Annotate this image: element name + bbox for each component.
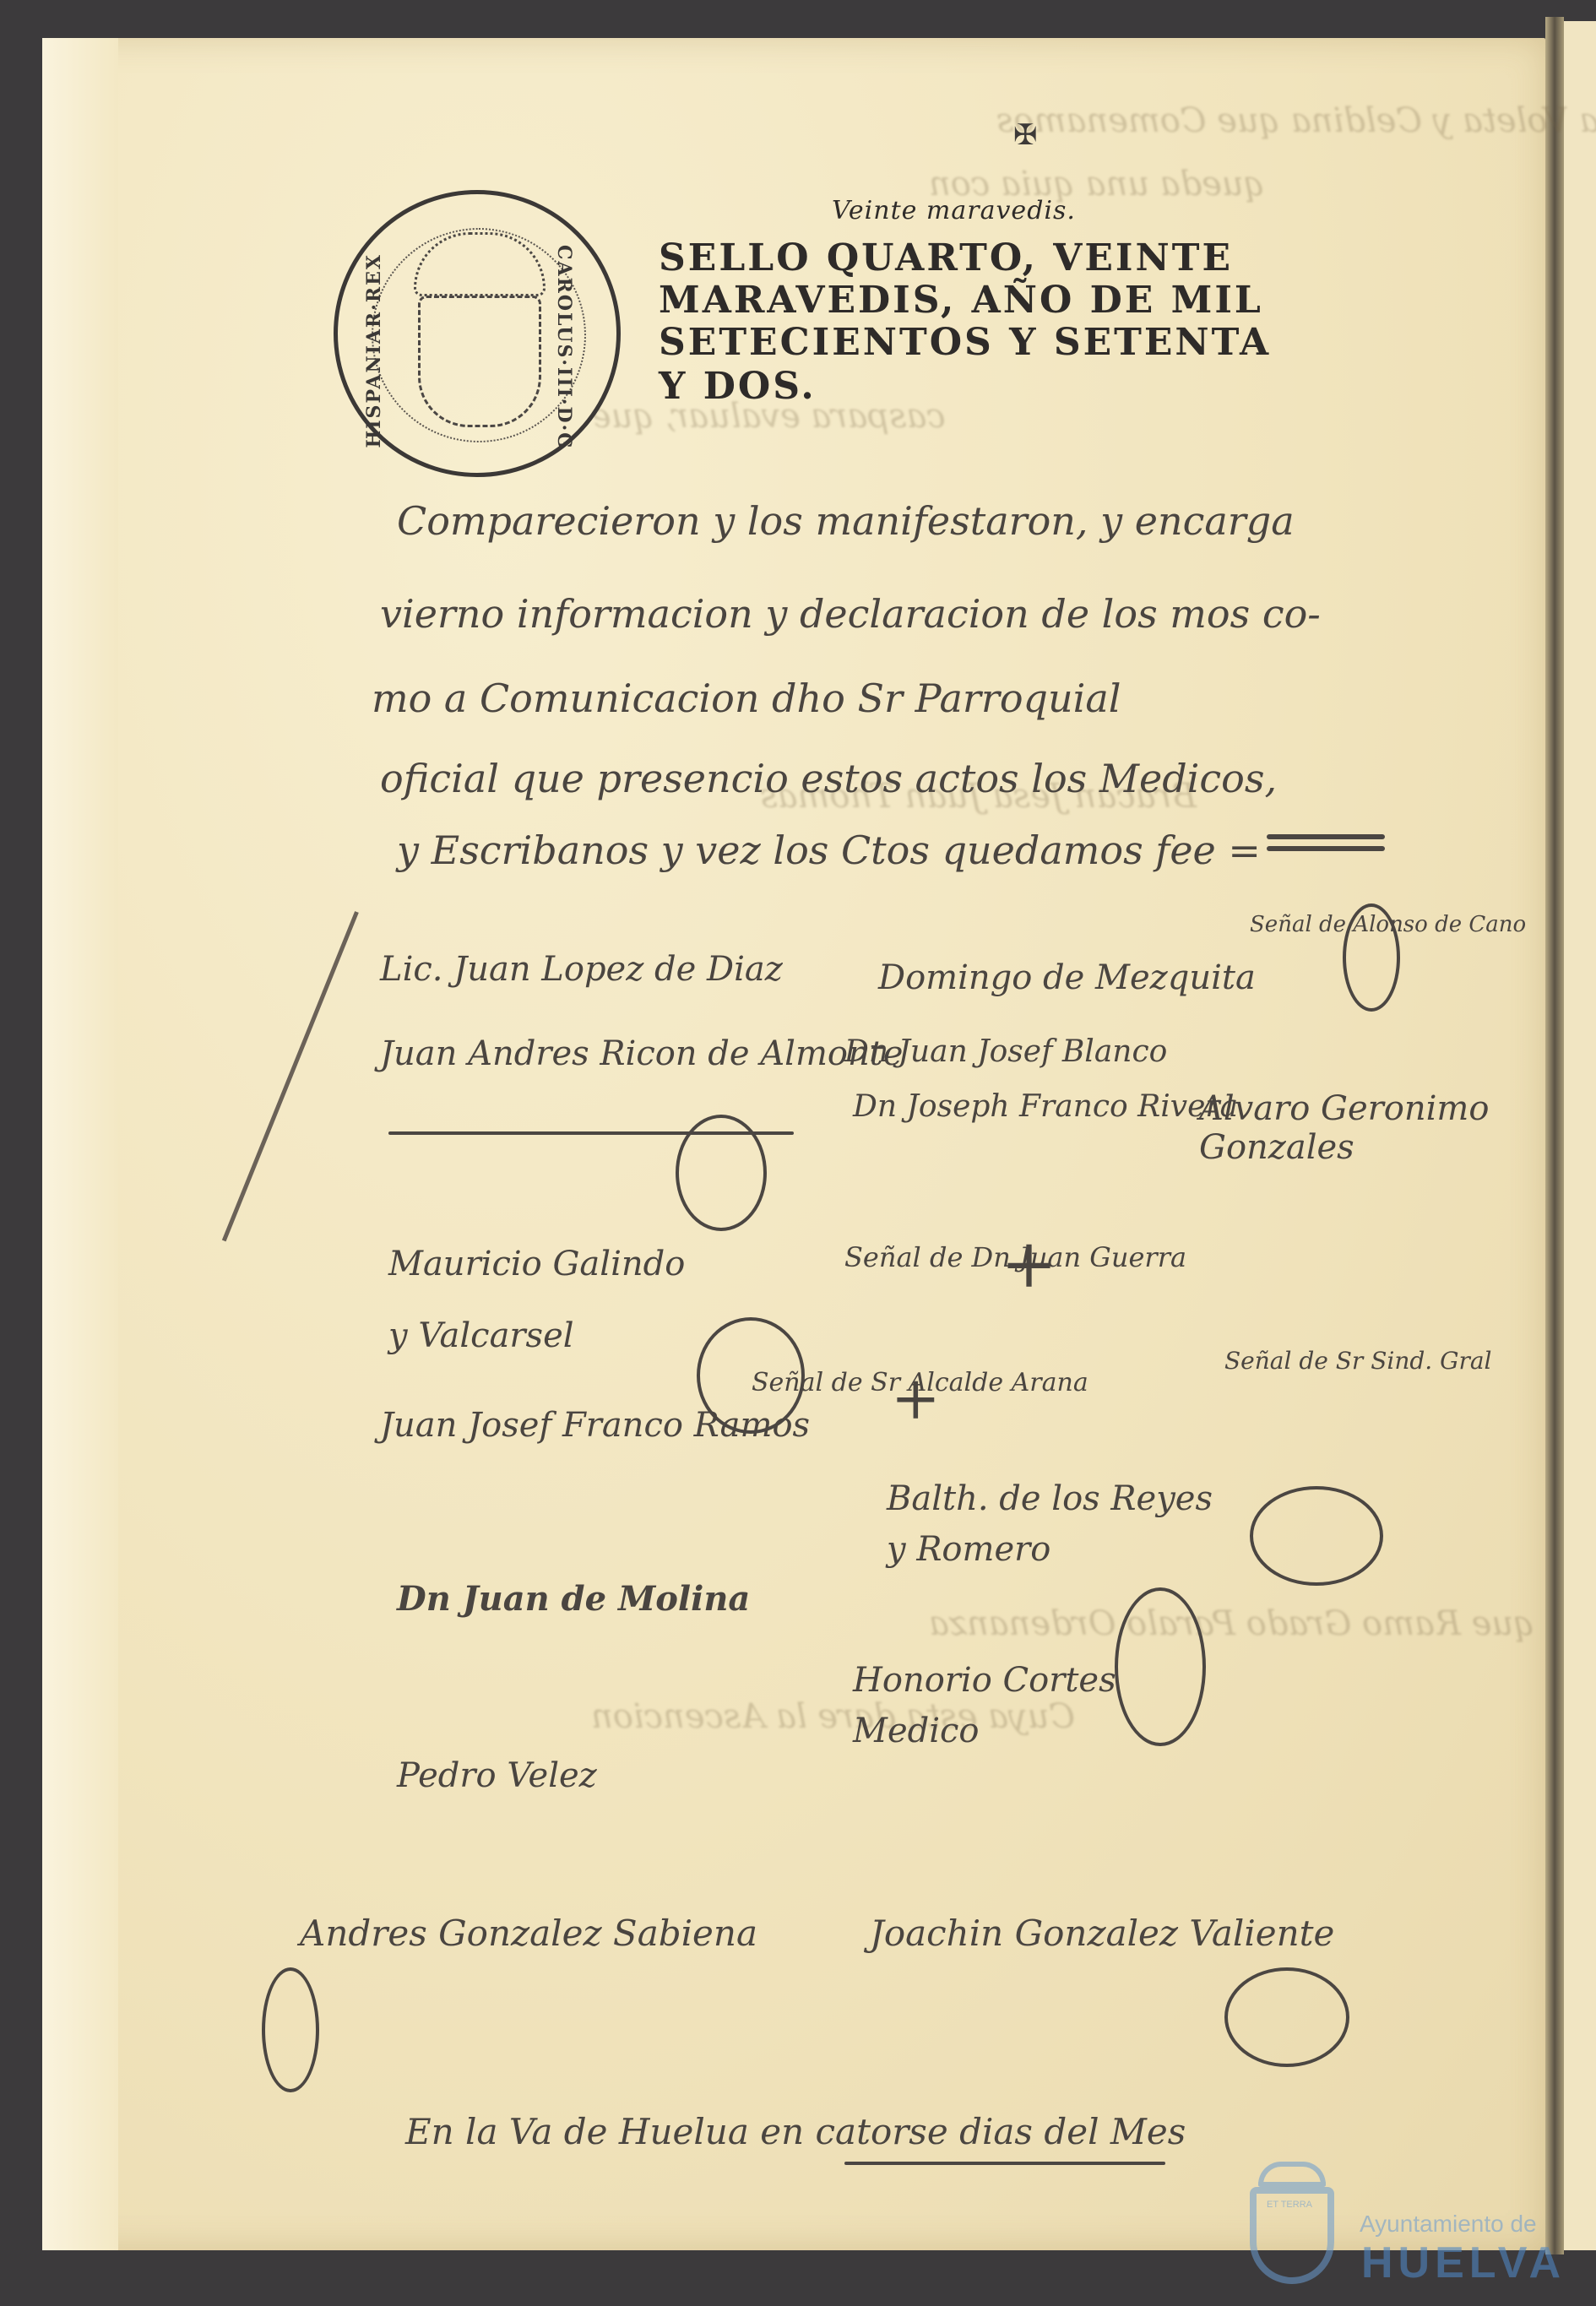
logo-motto: ET TERRA [1267, 2200, 1312, 2210]
closing-line: En la Va de Huelua en catorse dias del M… [405, 2111, 1186, 2152]
stamp-heading-line: Y DOS. [659, 365, 817, 408]
coat-of-arms-icon [418, 296, 541, 427]
body-line: Comparecieron y los manifestaron, y enca… [397, 498, 1295, 544]
signature: Lic. Juan Lopez de Diaz [380, 950, 783, 989]
bleed-through-text: que Ramo Grado Paralo Ordenanza [929, 1604, 1535, 1643]
facing-page-edge [1564, 21, 1596, 2250]
royal-seal-stamp: CAROLUS·III·D·G HISPANIAR·REX [334, 190, 621, 477]
signature: Honorio Cortes Medico [853, 1655, 1123, 1756]
signature: Mauricio Galindo y Valcarsel [388, 1229, 709, 1372]
watermark-caption: Ayuntamiento de [1360, 2211, 1537, 2238]
body-line: mo a Comunicacion dho Sr Parroquial [372, 676, 1121, 721]
signature: Juan Josef Franco Ramos [380, 1406, 810, 1445]
rubric-flourish [1250, 1486, 1383, 1586]
stamp-heading-line: MARAVEDIS, AÑO DE MIL [659, 279, 1263, 322]
signature: Dn Juan Josef Blanco [844, 1034, 1167, 1069]
cross-mark-icon: + [891, 1364, 941, 1433]
rubric-flourish [1224, 1967, 1349, 2067]
huelva-coat-of-arms-logo: ET TERRA [1241, 2162, 1343, 2288]
signature: Alvaro Geronimo Gonzales [1199, 1089, 1554, 1167]
cross-mark-icon: + [1001, 1224, 1057, 1303]
closing-underline [844, 2162, 1165, 2165]
double-rule [1267, 846, 1385, 851]
signature: Balth. de los Reyes y Romero [887, 1473, 1241, 1575]
mark-flourish [1343, 903, 1400, 1012]
stamp-heading-line: SELLO QUARTO, VEINTE [659, 236, 1233, 279]
page-edge-stain [42, 38, 118, 2250]
stamp-heading-line: SETECIENTOS Y SETENTA [659, 321, 1271, 364]
stamp-price-line: Veinte maravedis. [832, 196, 1076, 225]
rubric-flourish [676, 1115, 767, 1231]
signature: Dn Joseph Franco Rivera [853, 1089, 1238, 1124]
rubric-flourish [262, 1967, 319, 2092]
signature: Andres Gonzalez Sabiena [300, 1913, 757, 1954]
watermark-title: HUELVA [1361, 2238, 1566, 2288]
signature: Juan Andres Ricon de Almonte [380, 1034, 903, 1073]
signature: Pedro Velez [397, 1756, 597, 1795]
bleed-through-text: Una Voleta y Celdina que Comenamos [996, 101, 1596, 140]
body-line: vierno informacion y declaracion de los … [380, 591, 1321, 637]
signature: Señal de Sr Sind. Gral [1224, 1347, 1492, 1375]
rubric-flourish [1115, 1587, 1206, 1746]
cross-pattee-icon: ✠ [1013, 118, 1038, 152]
crown-icon [1258, 2162, 1326, 2187]
seal-legend: CAROLUS·III·D·G [553, 245, 575, 450]
signature: Joachin Gonzalez Valiente [870, 1913, 1334, 1954]
signature: Dn Juan de Molina [397, 1579, 750, 1619]
signature: Domingo de Mezquita [878, 958, 1256, 997]
seal-legend: HISPANIAR·REX [363, 253, 385, 448]
body-line: y Escribanos y vez los Ctos quedamos fee… [397, 827, 1261, 873]
body-line: oficial que presencio estos actos los Me… [380, 756, 1277, 801]
double-rule [1267, 834, 1385, 839]
